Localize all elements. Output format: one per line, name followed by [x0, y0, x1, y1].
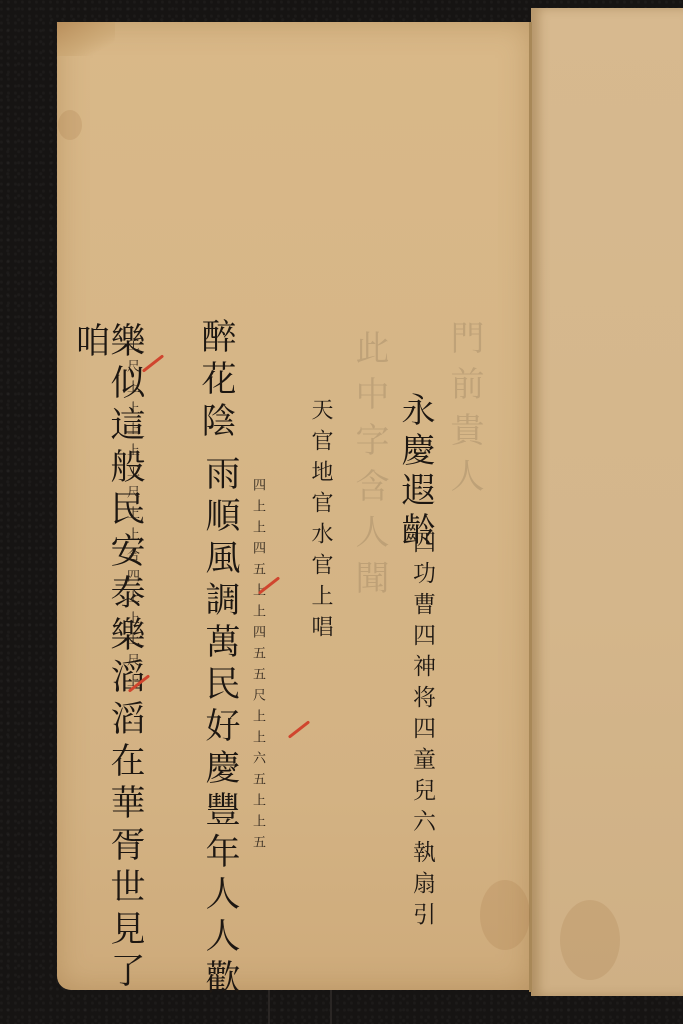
stain — [480, 880, 530, 950]
binding-clip — [268, 990, 332, 1024]
tune-name: 醉花陰 — [198, 318, 233, 444]
corner-fold — [57, 22, 115, 56]
right-page — [531, 8, 683, 996]
stage-direction: 四功曹四神将四童兒六執扇引 — [410, 530, 433, 933]
lyrics-line-1: 雨順風調萬民好慶豐年人人歡 — [202, 455, 237, 1001]
stain — [58, 110, 82, 140]
page-gutter — [529, 22, 532, 992]
singers-line: 天官地官水官上唱 — [309, 398, 331, 646]
bleed-through-text: 門前貴人 — [440, 320, 489, 504]
stain — [560, 900, 620, 980]
gongche-notation-2: 工尺上上上上工尺上上合四上上上尺上 — [122, 338, 141, 695]
gongche-notation-1: 四上上四五上上四五五尺上上六五上上五 — [248, 478, 267, 856]
piece-title: 永慶遐齡 — [398, 392, 432, 552]
bleed-through-text: 此中字含人聞 — [345, 330, 394, 606]
